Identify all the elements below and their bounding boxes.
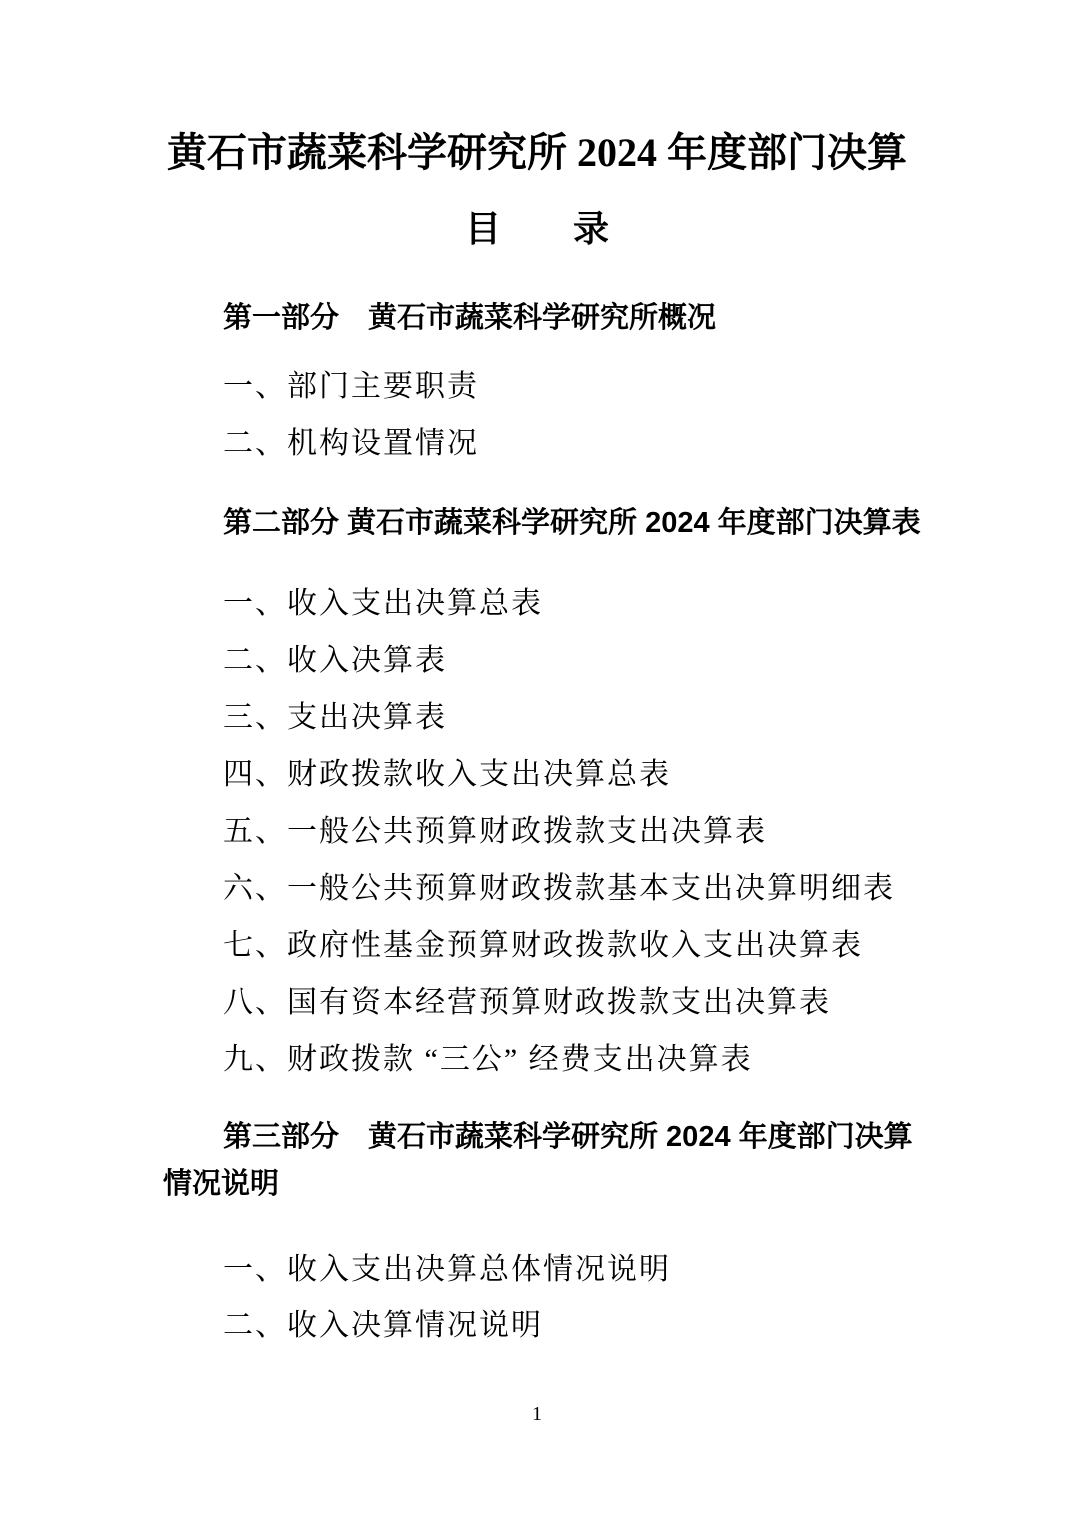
toc-item: 一、收入支出决算总表 — [163, 575, 911, 632]
toc-item: 五、一般公共预算财政拨款支出决算表 — [163, 803, 911, 860]
section-2-item-list: 一、收入支出决算总表 二、收入决算表 三、支出决算表 四、财政拨款收入支出决算总… — [163, 575, 911, 1088]
toc-item: 七、政府性基金预算财政拨款收入支出决算表 — [163, 917, 911, 974]
document-page: 黄石市蔬菜科学研究所 2024 年度部门决算 目 录 第一部分 黄石市蔬菜科学研… — [0, 0, 1074, 1520]
document-title: 黄石市蔬菜科学研究所 2024 年度部门决算 — [163, 130, 911, 176]
section-1-heading: 第一部分 黄石市蔬菜科学研究所概况 — [163, 296, 911, 340]
toc-item: 二、机构设置情况 — [163, 415, 911, 472]
section-2-heading: 第二部分 黄石市蔬菜科学研究所 2024 年度部门决算表 — [163, 501, 911, 545]
section-3-item-list: 一、收入支出决算总体情况说明 二、收入决算情况说明 — [163, 1242, 911, 1354]
page-number: 1 — [0, 1402, 1074, 1426]
toc-item: 四、财政拨款收入支出决算总表 — [163, 746, 911, 803]
toc-title: 目 录 — [163, 206, 911, 252]
toc-item: 六、一般公共预算财政拨款基本支出决算明细表 — [163, 860, 911, 917]
toc-item: 二、收入决算情况说明 — [163, 1298, 911, 1354]
toc-item: 八、国有资本经营预算财政拨款支出决算表 — [163, 974, 911, 1031]
section-1-item-list: 一、部门主要职责 二、机构设置情况 — [163, 358, 911, 472]
toc-item: 三、支出决算表 — [163, 689, 911, 746]
section-3-heading-line-1: 第三部分 黄石市蔬菜科学研究所 2024 年度部门决算 — [163, 1114, 911, 1161]
section-3-heading-line-2: 情况说明 — [163, 1161, 911, 1208]
section-3-heading: 第三部分 黄石市蔬菜科学研究所 2024 年度部门决算 情况说明 — [163, 1114, 911, 1208]
toc-item: 一、部门主要职责 — [163, 358, 911, 415]
toc-item: 一、收入支出决算总体情况说明 — [163, 1242, 911, 1298]
toc-item: 九、财政拨款 “三公” 经费支出决算表 — [163, 1031, 911, 1088]
toc-item: 二、收入决算表 — [163, 632, 911, 689]
